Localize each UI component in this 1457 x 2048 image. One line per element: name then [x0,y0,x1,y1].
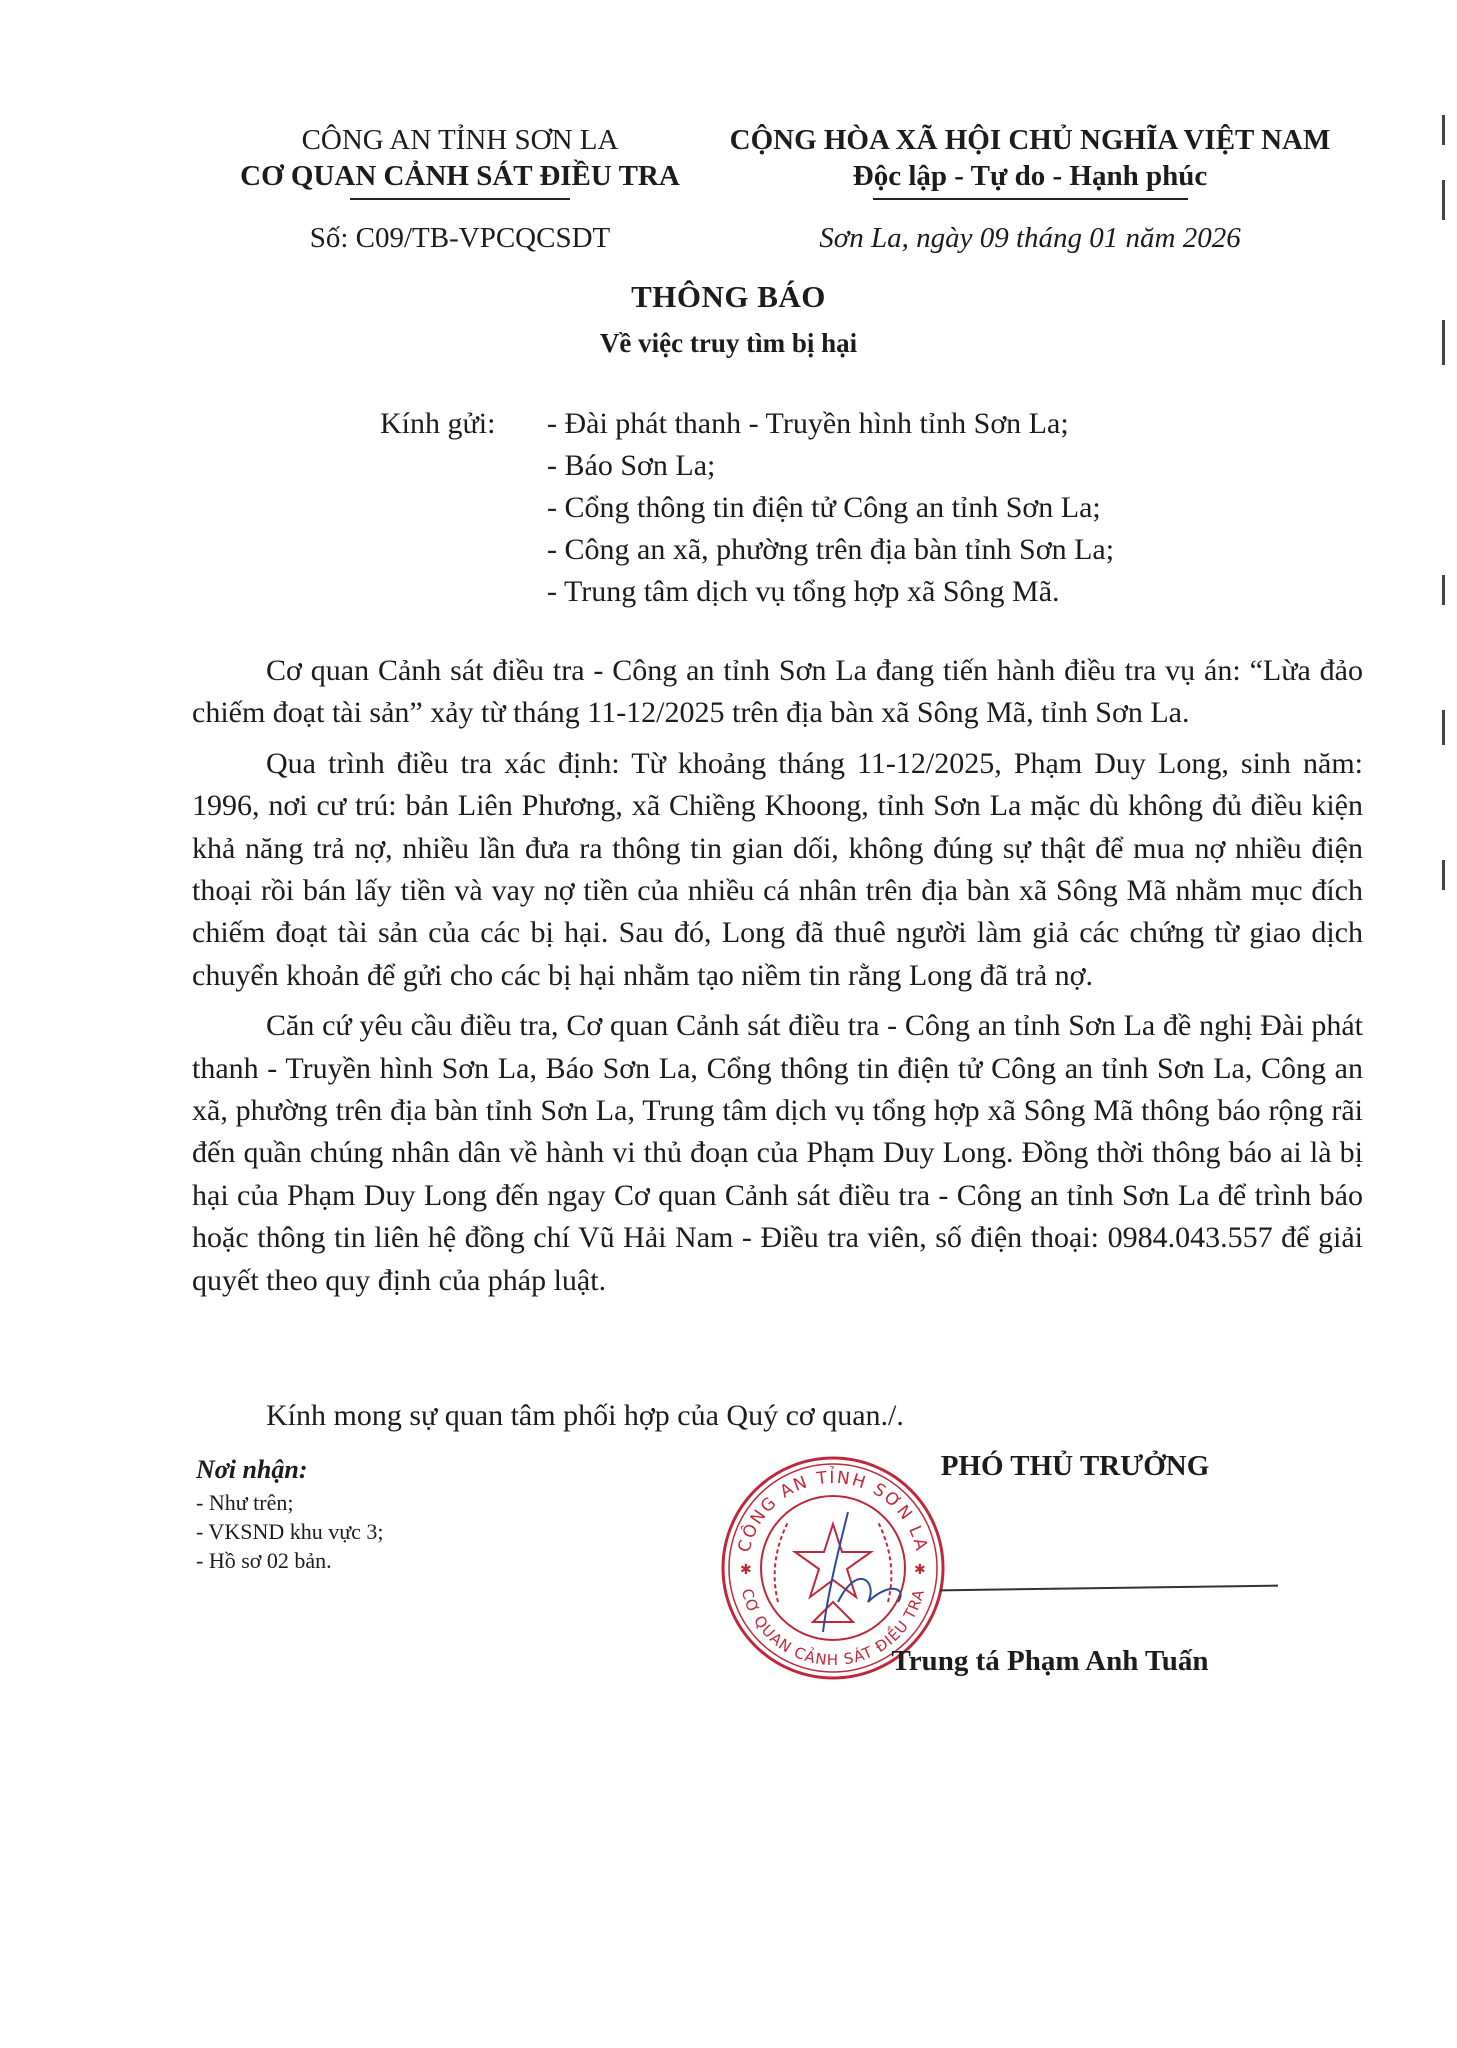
recipient-item: - Trung tâm dịch vụ tổng hợp xã Sông Mã. [547,571,1114,613]
body-paragraph: Qua trình điều tra xác định: Từ khoảng t… [192,743,1363,997]
recipient-item: - Báo Sơn La; [547,445,1114,487]
scan-edge-mark [1442,575,1445,605]
document-date: Sơn La, ngày 09 tháng 01 năm 2026 [705,222,1355,255]
national-motto: Độc lập - Tự do - Hạnh phúc [705,158,1355,194]
distribution-list: Nơi nhận: - Như trên; - VKSND khu vực 3;… [196,1455,384,1575]
recipients-label: Kính gửi: [380,403,495,445]
document-body: Cơ quan Cảnh sát điều tra - Công an tỉnh… [192,650,1363,1310]
recipients-list: - Đài phát thanh - Truyền hình tỉnh Sơn … [547,403,1114,613]
distribution-item: - VKSND khu vực 3; [196,1517,384,1546]
scan-edge-mark [1442,860,1445,890]
agency-underline [350,198,570,200]
signer-name: Trung tá Phạm Anh Tuấn [840,1645,1260,1678]
agency-name: CƠ QUAN CẢNH SÁT ĐIỀU TRA [230,158,690,194]
distribution-item: - Hồ sơ 02 bản. [196,1546,384,1575]
svg-text:✱: ✱ [740,1563,752,1578]
scan-edge-mark [1442,710,1445,745]
recipient-item: - Công an xã, phường trên địa bàn tỉnh S… [547,529,1114,571]
body-paragraph: Cơ quan Cảnh sát điều tra - Công an tỉnh… [192,650,1363,735]
document-subtitle: Về việc truy tìm bị hại [0,328,1457,359]
recipient-item: - Cổng thông tin điện tử Công an tỉnh Sơ… [547,487,1114,529]
header-national: CỘNG HÒA XÃ HỘI CHỦ NGHĨA VIỆT NAM Độc l… [705,122,1355,255]
motto-underline [873,198,1188,200]
document-title: THÔNG BÁO [0,279,1457,315]
signer-title: PHÓ THỦ TRƯỞNG [875,1450,1275,1483]
distribution-item: - Như trên; [196,1488,384,1517]
signature-line [940,1585,1278,1592]
closing-line: Kính mong sự quan tâm phối hợp của Quý c… [266,1399,904,1433]
header-agency: CÔNG AN TỈNH SƠN LA CƠ QUAN CẢNH SÁT ĐIỀ… [230,122,690,255]
scan-edge-mark [1442,320,1445,365]
svg-text:✱: ✱ [914,1563,926,1578]
agency-parent: CÔNG AN TỈNH SƠN LA [230,122,690,158]
distribution-title: Nơi nhận: [196,1455,384,1484]
scan-edge-mark [1442,180,1445,220]
national-title: CỘNG HÒA XÃ HỘI CHỦ NGHĨA VIỆT NAM [705,122,1355,158]
recipient-item: - Đài phát thanh - Truyền hình tỉnh Sơn … [547,403,1114,445]
scan-edge-mark [1442,115,1445,145]
body-paragraph: Căn cứ yêu cầu điều tra, Cơ quan Cảnh sá… [192,1005,1363,1302]
document-number: Số: C09/TB-VPCQCSDT [230,222,690,255]
